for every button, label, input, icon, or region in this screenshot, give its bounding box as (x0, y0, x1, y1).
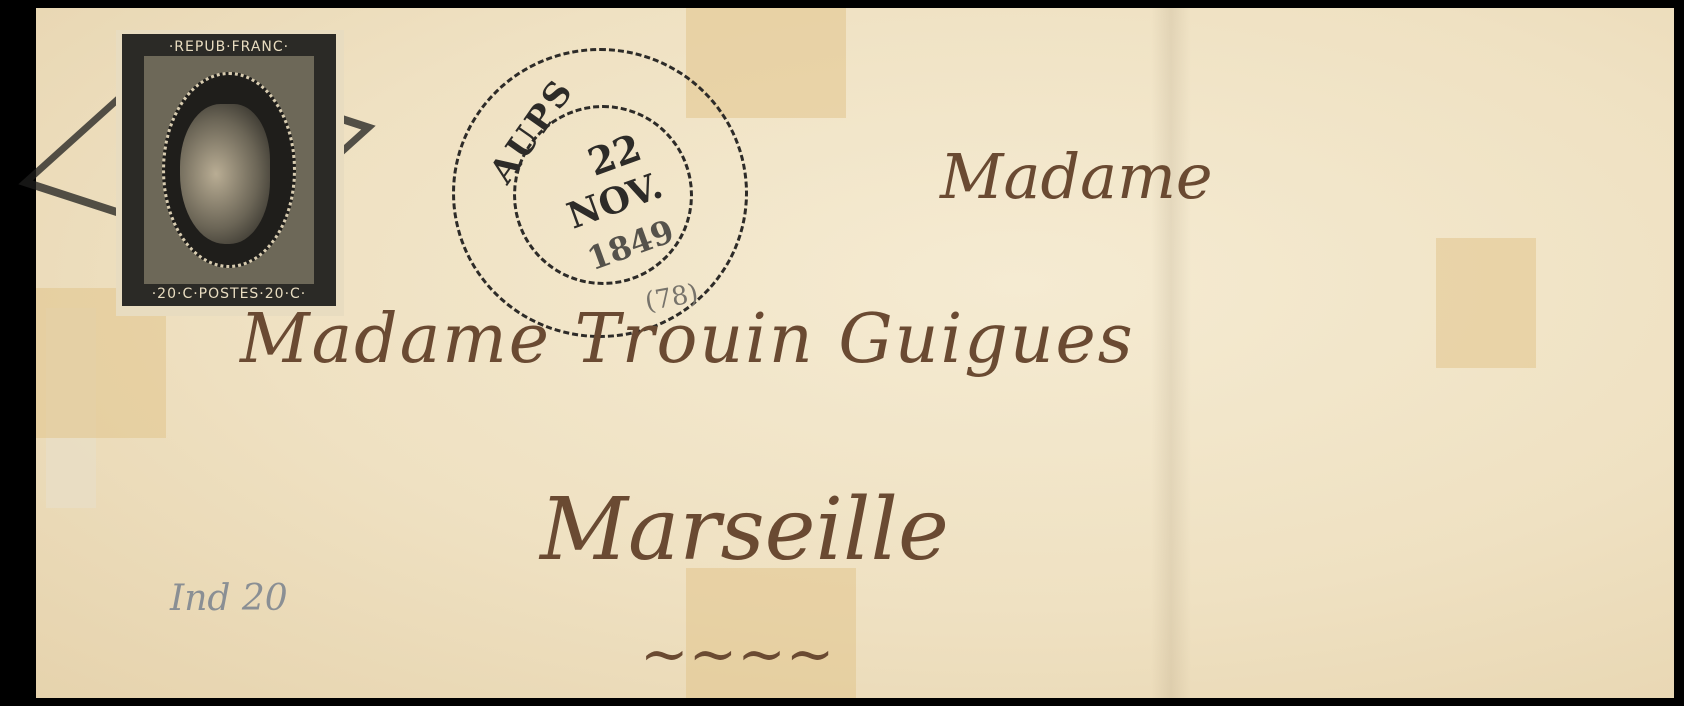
ceres-head-icon (180, 104, 270, 244)
postage-stamp: ·REPUB·FRANC· ·20·C·POSTES·20·C· (116, 30, 344, 316)
stain-mark (1436, 238, 1536, 368)
address-flourish: ~~~~ (640, 620, 834, 688)
address-line-2: Madame Trouin Guigues (240, 300, 1135, 379)
pencil-note: Ind 20 (170, 578, 288, 619)
postmark-inner-ring: 22 NOV. 1849 (513, 105, 693, 285)
address-line-3: Marseille (540, 480, 949, 580)
postmark: AUPS 22 NOV. 1849 (78) (452, 48, 748, 338)
stamp-top-text: ·REPUB·FRANC· (144, 38, 314, 56)
paper-fold (1151, 8, 1191, 698)
address-line-1: Madame (940, 140, 1213, 213)
